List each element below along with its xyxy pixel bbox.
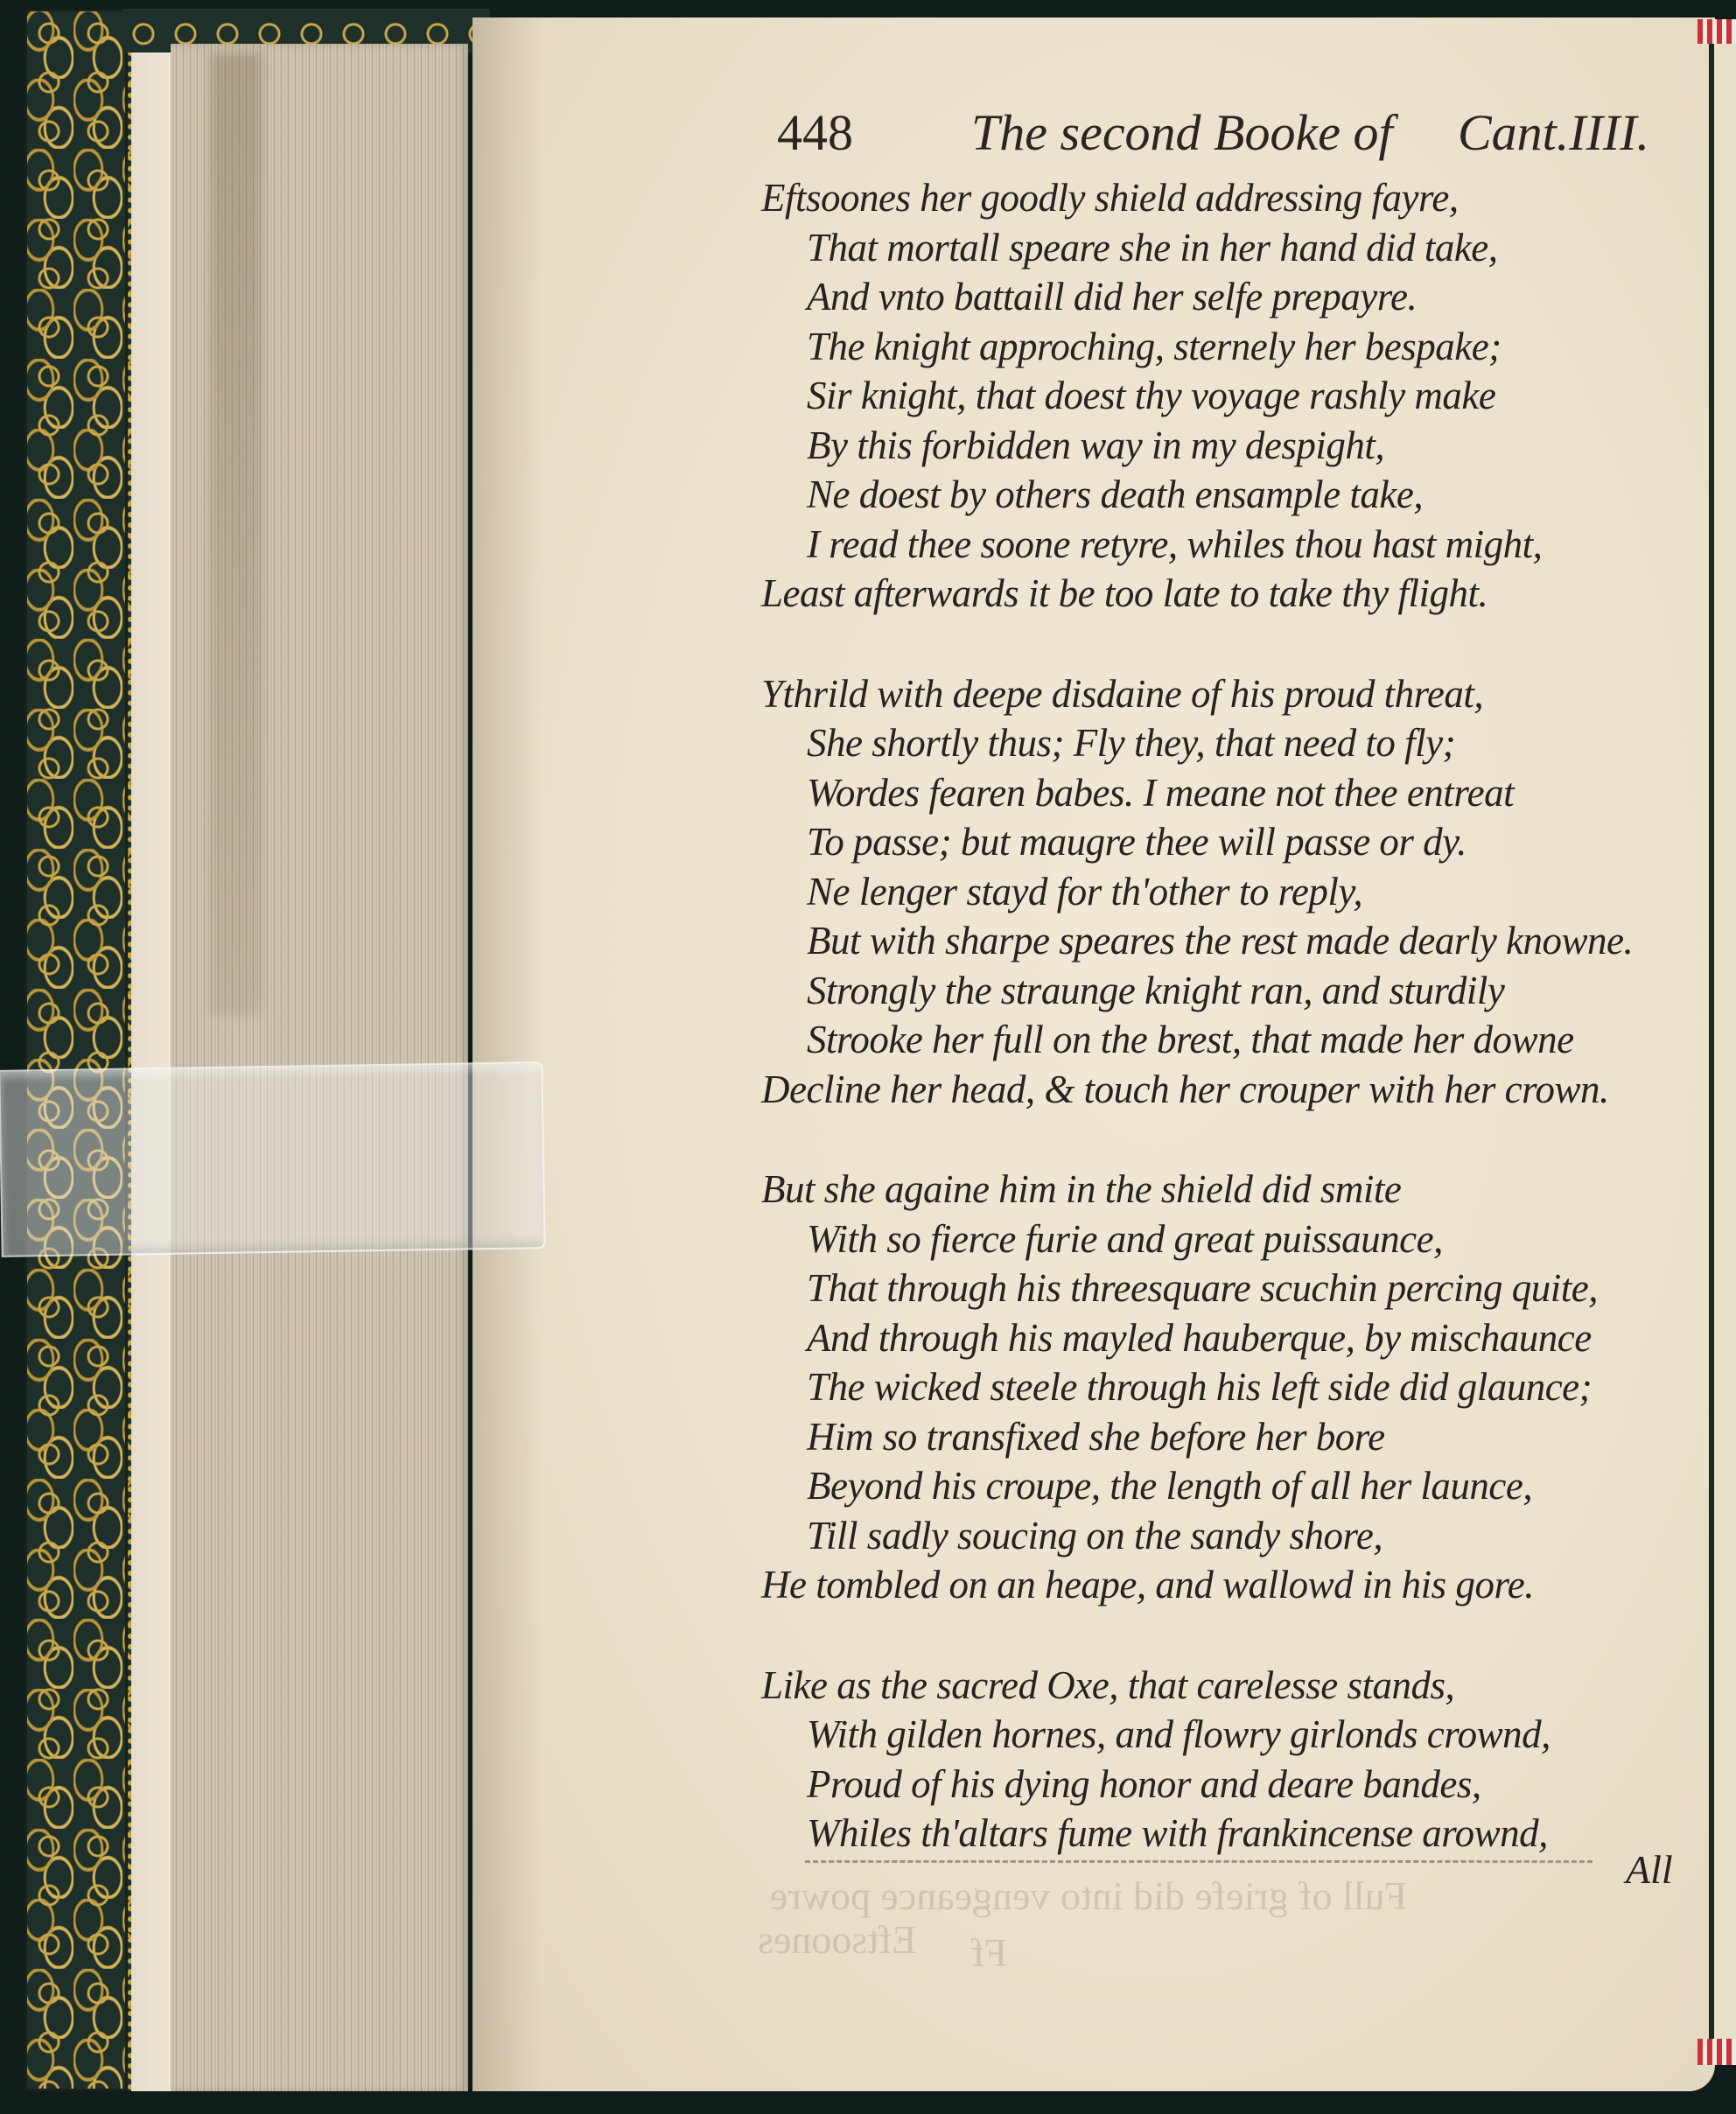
acrylic-page-weight — [0, 1061, 546, 1257]
bookmark-ribbon-bottom — [1697, 2039, 1736, 2065]
running-head: 448 The second Booke of Cant.IIII. — [777, 103, 1661, 164]
verse-line: Whiles th'altars fume with frankincense … — [761, 1809, 1689, 1858]
verse-line: But she againe him in the shield did smi… — [761, 1165, 1689, 1214]
page-edge-stain — [210, 52, 262, 1015]
verse-line: Eftsoones her goodly shield addressing f… — [761, 173, 1689, 223]
stanza-4: Like as the sacred Oxe, that carelesse s… — [761, 1661, 1689, 1858]
verse-line: He tombled on an heape, and wallowd in h… — [761, 1560, 1689, 1610]
verse-line: She shortly thus; Fly they, that need to… — [761, 718, 1689, 768]
verse-line: Wordes fearen babes. I meane not thee en… — [761, 768, 1689, 818]
verse-line: With gilden hornes, and flowry girlonds … — [761, 1710, 1689, 1760]
verse-line: Strongly the straunge knight ran, and st… — [761, 966, 1689, 1016]
verse-line: Beyond his croupe, the length of all her… — [761, 1461, 1689, 1511]
verse-line: Least afterwards it be too late to take … — [761, 569, 1689, 619]
verse-line: The wicked steele through his left side … — [761, 1362, 1689, 1412]
verse-line: Him so transfixed she before her bore — [761, 1412, 1689, 1462]
bookmark-ribbon-top — [1697, 19, 1736, 44]
verse-line: That through his threesquare scuchin per… — [761, 1263, 1689, 1313]
stanza-3: But she againe him in the shield did smi… — [761, 1165, 1689, 1610]
gilt-cover-border — [24, 9, 133, 2091]
book-title: The second Booke of — [971, 103, 1393, 162]
verse-line: By this forbidden way in my despight, — [761, 421, 1689, 471]
stanza-2: Ythrild with deepe disdaine of his proud… — [761, 669, 1689, 1115]
show-through-signature: Ff — [971, 1929, 1007, 1976]
broken-type-rule — [805, 1860, 1592, 1865]
canto-label: Cant.IIII. — [1458, 103, 1649, 162]
verse-line: Ne doest by others death ensample take, — [761, 470, 1689, 520]
verse-line: Ythrild with deepe disdaine of his proud… — [761, 669, 1689, 719]
verse-line: Strooke her full on the brest, that made… — [761, 1015, 1689, 1065]
verse-line: With so fierce furie and great puissaunc… — [761, 1214, 1689, 1264]
verse-line: Ne lenger stayd for th'other to reply, — [761, 867, 1689, 917]
verse-line: That mortall speare she in her hand did … — [761, 223, 1689, 273]
verse-text: Eftsoones her goodly shield addressing f… — [761, 173, 1689, 1909]
stanza-1: Eftsoones her goodly shield addressing f… — [761, 173, 1689, 619]
gutter-shadow — [472, 17, 542, 2091]
verse-line: Sir knight, that doest thy voyage rashly… — [761, 371, 1689, 421]
show-through-catchword: Eftsoones — [758, 1916, 916, 1963]
verse-line: I read thee soone retyre, whiles thou ha… — [761, 520, 1689, 570]
verse-line: And vnto battaill did her selfe prepayre… — [761, 272, 1689, 322]
verse-line: The knight approching, sternely her besp… — [761, 322, 1689, 372]
next-leaf-edge — [1714, 35, 1736, 2065]
verse-line: To passe; but maugre thee will passe or … — [761, 817, 1689, 867]
verse-line: And through his mayled hauberque, by mis… — [761, 1313, 1689, 1363]
verse-line: But with sharpe speares the rest made de… — [761, 916, 1689, 966]
verse-line: Like as the sacred Oxe, that carelesse s… — [761, 1661, 1689, 1711]
verse-line: Decline her head, & touch her crouper wi… — [761, 1065, 1689, 1115]
verse-line: Till sadly soucing on the sandy shore, — [761, 1511, 1689, 1561]
catchword: All — [1626, 1846, 1673, 1893]
verse-line: Proud of his dying honor and deare bande… — [761, 1760, 1689, 1809]
page-number: 448 — [777, 103, 853, 162]
